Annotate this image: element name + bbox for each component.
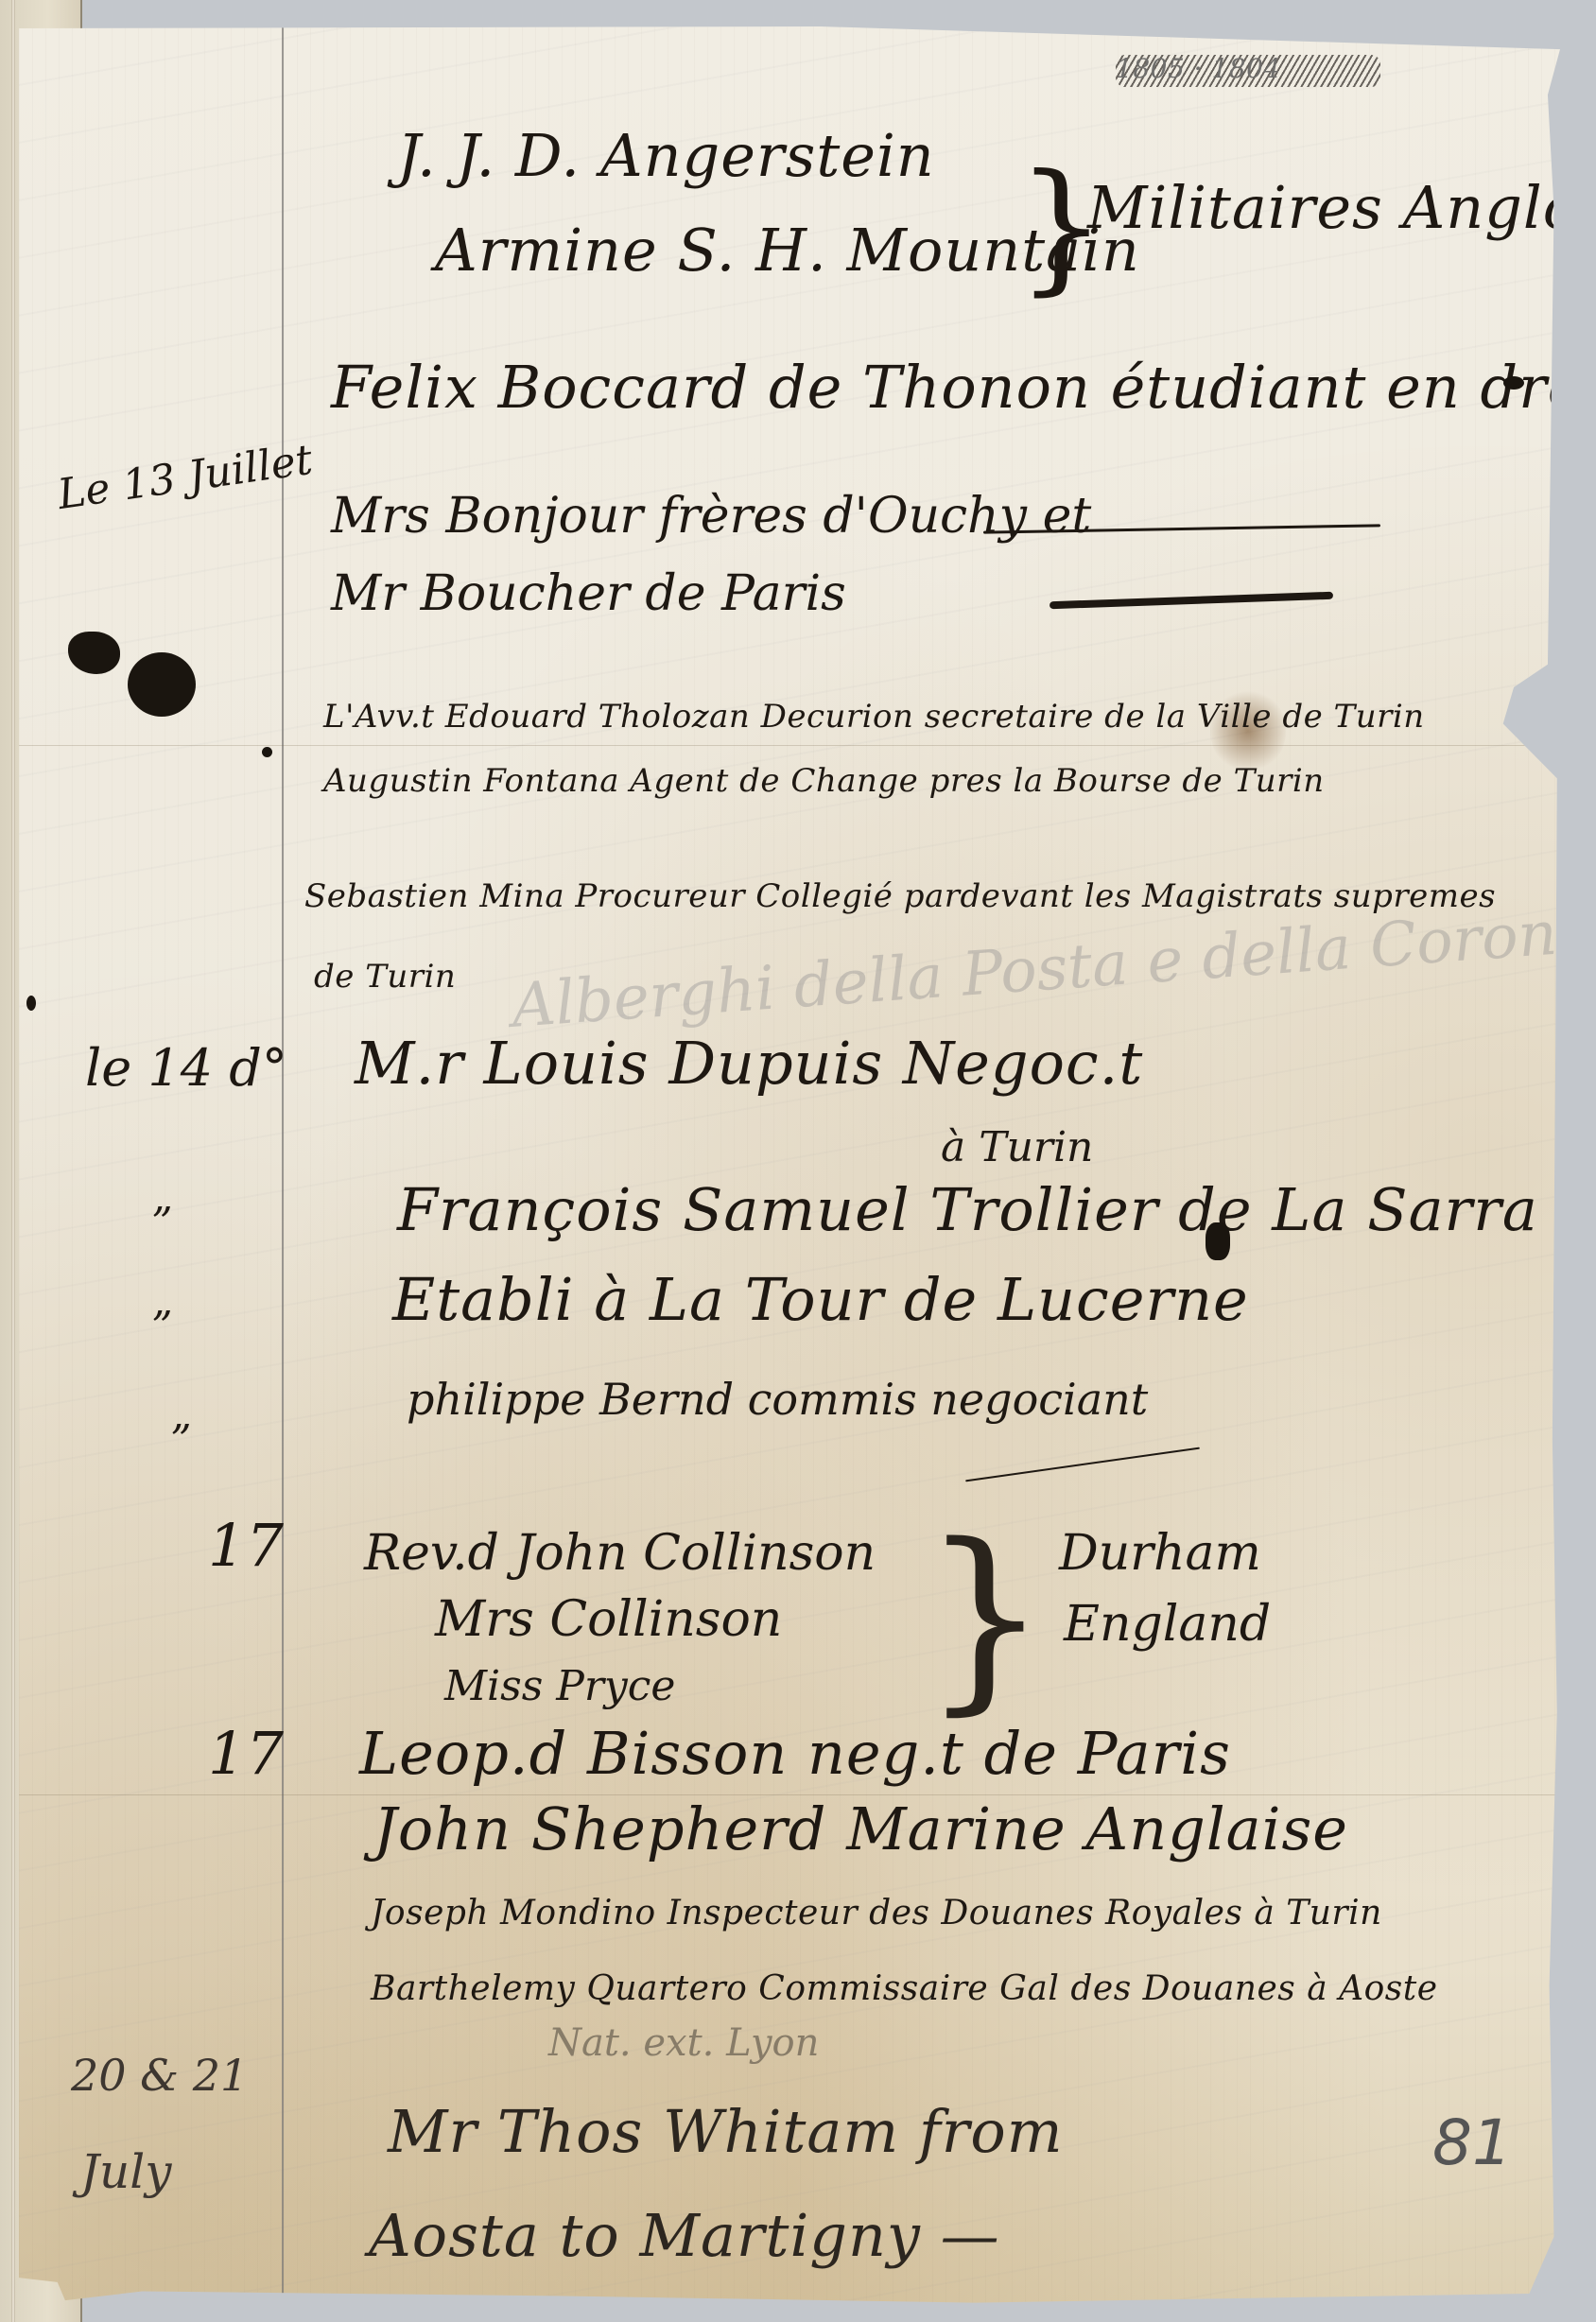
ink-dot bbox=[262, 747, 272, 757]
entry-name-line: Sebastien Mina Procureur Collegié pardev… bbox=[304, 877, 1496, 915]
ditto-mark: ” bbox=[151, 1199, 173, 1247]
ink-blot bbox=[68, 632, 120, 674]
entry-name-line: Barthelemy Quartero Commissaire Gal des … bbox=[371, 1969, 1438, 2008]
entry-name-line: de Turin bbox=[314, 958, 456, 996]
ink-dot bbox=[26, 996, 36, 1011]
paper-fold bbox=[19, 745, 1560, 746]
pen-stroke bbox=[1050, 592, 1333, 609]
entry-note: Militaires Anglois. bbox=[1087, 173, 1596, 242]
ink-spot bbox=[1503, 376, 1524, 390]
entry-name-line: Augustin Fontana Agent de Change pres la… bbox=[323, 762, 1325, 800]
entry-name-line: John Shepherd Marine Anglaise bbox=[373, 1794, 1348, 1863]
show-through-text: Alberghi della Posta e della Corona bbox=[510, 896, 1595, 1042]
margin-rule-line bbox=[282, 26, 284, 2305]
entry-name-line: Rev.d John Collinson bbox=[364, 1525, 876, 1582]
entry-date: 17 bbox=[208, 1511, 285, 1580]
ditto-mark: ” bbox=[170, 1416, 192, 1464]
ink-blot bbox=[1206, 1222, 1230, 1260]
register-page: Alberghi della Posta e della Corona 1805… bbox=[19, 26, 1560, 2305]
show-through-text: Nat. ext. Lyon bbox=[548, 2021, 819, 2065]
entry-name-line: Miss Pryce bbox=[444, 1662, 675, 1710]
entry-name-line: à Turin bbox=[941, 1123, 1093, 1171]
entry-place: England bbox=[1064, 1596, 1271, 1653]
page-edge-line bbox=[11, 0, 15, 2322]
entry-date: 20 & 21 bbox=[71, 2050, 248, 2101]
pen-flourish bbox=[965, 1447, 1200, 1482]
crossed-out-text: 1805 · 1804 bbox=[1116, 53, 1281, 84]
entry-date: 17 bbox=[208, 1719, 285, 1788]
ditto-mark: ” bbox=[151, 1303, 173, 1351]
grouping-brace: } bbox=[922, 1501, 1049, 1733]
entry-name-line: Joseph Mondino Inspecteur des Douanes Ro… bbox=[371, 1894, 1382, 1932]
entry-name-line: Mrs Bonjour frères d'Ouchy et bbox=[331, 488, 1091, 545]
entry-place: Durham bbox=[1059, 1525, 1261, 1582]
entry-date: Le 13 Juillet bbox=[55, 436, 316, 519]
page-number: 81 bbox=[1432, 2106, 1512, 2179]
entry-name-line: François Samuel Trollier de La Sarra bbox=[397, 1175, 1538, 1244]
entry-name-line: Felix Boccard de Thonon étudiant en droi… bbox=[331, 353, 1596, 422]
entry-name-line: L'Avv.t Edouard Tholozan Decurion secret… bbox=[323, 698, 1425, 736]
entry-name-line: Mrs Collinson bbox=[435, 1591, 782, 1648]
entry-name-line: Mr Boucher de Paris bbox=[331, 565, 846, 622]
entry-name-line: J. J. D. Angerstein bbox=[397, 121, 935, 190]
entry-month: July bbox=[80, 2144, 171, 2199]
entry-name-line: Mr Thos Whitam from bbox=[388, 2097, 1064, 2166]
entry-name-line: Etabli à La Tour de Lucerne bbox=[392, 1265, 1249, 1334]
entry-name-line: M.r Louis Dupuis Negoc.t bbox=[355, 1029, 1143, 1098]
entry-name-line: Aosta to Martigny — bbox=[369, 2201, 1000, 2270]
entry-name-line: philippe Bernd commis negociant bbox=[407, 1374, 1148, 1425]
entry-name-line: Leop.d Bisson neg.t de Paris bbox=[359, 1719, 1231, 1788]
ink-blot bbox=[128, 652, 196, 717]
entry-date: le 14 d° bbox=[85, 1038, 287, 1098]
